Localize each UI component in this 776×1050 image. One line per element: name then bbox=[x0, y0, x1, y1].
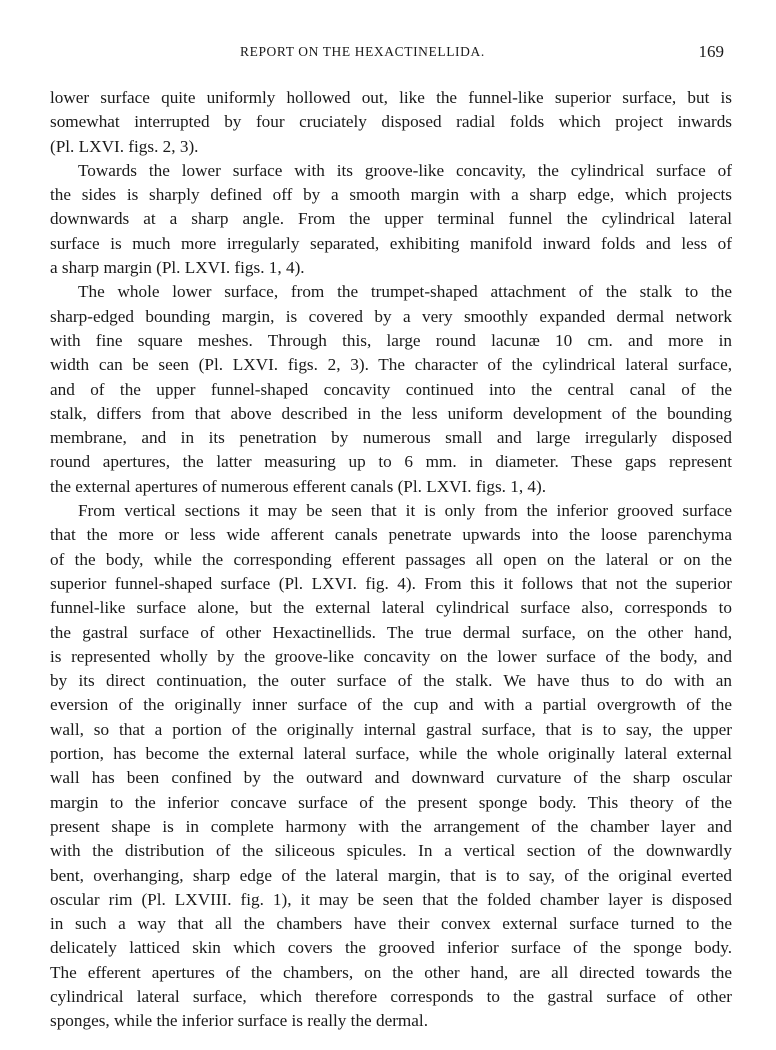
text-line: eversion of the originally inner surface… bbox=[50, 693, 732, 717]
page-number: 169 bbox=[699, 42, 725, 62]
text-line: a sharp margin (Pl. LXVI. figs. 1, 4). bbox=[50, 256, 732, 280]
text-line: round apertures, the latter measuring up… bbox=[50, 450, 732, 474]
text-line: funnel-like surface alone, but the exter… bbox=[50, 596, 732, 620]
text-line: Towards the lower surface with its groov… bbox=[50, 159, 732, 183]
text-line: membrane, and in its penetration by nume… bbox=[50, 426, 732, 450]
text-line: sponges, while the inferior surface is r… bbox=[50, 1009, 732, 1033]
text-line: lower surface quite uniformly hollowed o… bbox=[50, 86, 732, 110]
text-line: stalk, differs from that above described… bbox=[50, 402, 732, 426]
text-line: From vertical sections it may be seen th… bbox=[50, 499, 732, 523]
text-line: bent, overhanging, sharp edge of the lat… bbox=[50, 864, 732, 888]
text-line: wall has been confined by the outward an… bbox=[50, 766, 732, 790]
text-line: and of the upper funnel-shaped concavity… bbox=[50, 378, 732, 402]
text-line: with fine square meshes. Through this, l… bbox=[50, 329, 732, 353]
text-line: downwards at a sharp angle. From the upp… bbox=[50, 207, 732, 231]
text-line: The efferent apertures of the chambers, … bbox=[50, 961, 732, 985]
paragraph-4: From vertical sections it may be seen th… bbox=[50, 499, 732, 1034]
text-line: present shape is in complete harmony wit… bbox=[50, 815, 732, 839]
paragraph-2: Towards the lower surface with its groov… bbox=[50, 159, 732, 280]
running-title: REPORT ON THE HEXACTINELLIDA. bbox=[240, 44, 485, 60]
text-line: of the body, while the corresponding eff… bbox=[50, 548, 732, 572]
text-line: that the more or less wide afferent cana… bbox=[50, 523, 732, 547]
paragraph-1: lower surface quite uniformly hollowed o… bbox=[50, 86, 732, 159]
text-line: the sides is sharply defined off by a sm… bbox=[50, 183, 732, 207]
document-page: REPORT ON THE HEXACTINELLIDA. 169 lower … bbox=[0, 0, 776, 1050]
text-line: by its direct continuation, the outer su… bbox=[50, 669, 732, 693]
text-line: wall, so that a portion of the originall… bbox=[50, 718, 732, 742]
page-header: REPORT ON THE HEXACTINELLIDA. 169 bbox=[50, 44, 724, 68]
text-line: surface is much more irregularly separat… bbox=[50, 232, 732, 256]
text-line: in such a way that all the chambers have… bbox=[50, 912, 732, 936]
text-line: the external apertures of numerous effer… bbox=[50, 475, 732, 499]
text-line: (Pl. LXVI. figs. 2, 3). bbox=[50, 135, 732, 159]
page-body: lower surface quite uniformly hollowed o… bbox=[50, 86, 732, 1034]
text-line: somewhat interrupted by four cruciately … bbox=[50, 110, 732, 134]
text-line: oscular rim (Pl. LXVIII. fig. 1), it may… bbox=[50, 888, 732, 912]
text-line: cylindrical lateral surface, which there… bbox=[50, 985, 732, 1009]
text-line: sharp-edged bounding margin, is covered … bbox=[50, 305, 732, 329]
text-line: superior funnel-shaped surface (Pl. LXVI… bbox=[50, 572, 732, 596]
text-line: the gastral surface of other Hexactinell… bbox=[50, 621, 732, 645]
text-line: with the distribution of the siliceous s… bbox=[50, 839, 732, 863]
text-line: The whole lower surface, from the trumpe… bbox=[50, 280, 732, 304]
text-line: delicately latticed skin which covers th… bbox=[50, 936, 732, 960]
text-line: margin to the inferior concave surface o… bbox=[50, 791, 732, 815]
text-line: portion, has become the external lateral… bbox=[50, 742, 732, 766]
text-line: width can be seen (Pl. LXVI. figs. 2, 3)… bbox=[50, 353, 732, 377]
paragraph-3: The whole lower surface, from the trumpe… bbox=[50, 280, 732, 499]
text-line: is represented wholly by the groove-like… bbox=[50, 645, 732, 669]
